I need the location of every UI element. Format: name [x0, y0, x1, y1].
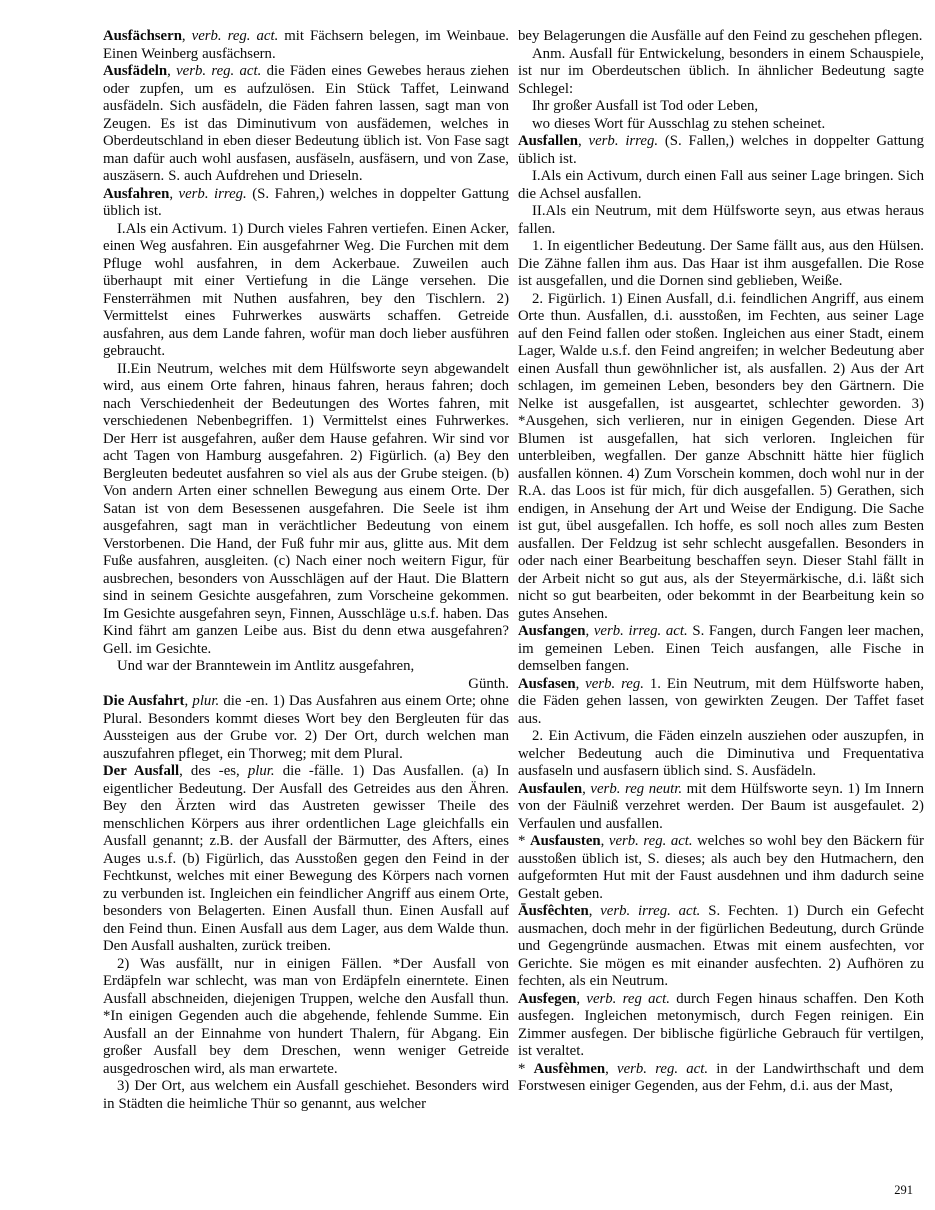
- body-text: die Fäden eines Gewebes heraus ziehen od…: [103, 63, 509, 184]
- body-text: 2. Ein Activum, die Fäden einzeln auszie…: [518, 728, 924, 779]
- body-text: ,: [167, 63, 176, 79]
- grammar-label: verb. reg.: [585, 676, 644, 692]
- entry-der-ausfall: Der Ausfall, des -es, plur. die -fälle. …: [103, 763, 509, 956]
- body-text: ,: [589, 903, 601, 919]
- entry-ausfallen: Ausfallen, verb. irreg. (S. Fallen,) wel…: [518, 133, 924, 168]
- entry-ausfahren: Ausfahren, verb. irreg. (S. Fahren,) wel…: [103, 186, 509, 221]
- entry-ausfangen: Ausfangen, verb. irreg. act. S. Fangen, …: [518, 623, 924, 676]
- body-text: ,: [585, 623, 593, 639]
- headword: Ausfädeln: [103, 63, 167, 79]
- headword: Ausfausten: [530, 833, 601, 849]
- headword: Ausfangen: [518, 623, 585, 639]
- body-text: II.Ein Neutrum, welches mit dem Hülfswor…: [103, 361, 509, 657]
- body-text: *: [518, 1061, 534, 1077]
- grammar-label: verb. reg act.: [586, 991, 670, 1007]
- paragraph-ausfallen-1: 1. In eigentlicher Bedeutung. Der Same f…: [518, 238, 924, 291]
- entry-ausfegen: Ausfegen, verb. reg act. durch Fegen hin…: [518, 991, 924, 1061]
- headword: Ausfaulen: [518, 781, 582, 797]
- body-text: 2) Was ausfällt, nur in einigen Fällen. …: [103, 956, 509, 1077]
- grammar-label: verb. irreg.: [179, 186, 247, 202]
- grammar-label: verb. irreg. act.: [600, 903, 700, 919]
- body-text: ,: [169, 186, 178, 202]
- entry-ausfasen: Ausfasen, verb. reg. 1. Ein Neutrum, mit…: [518, 676, 924, 729]
- verse-quote: Und war der Branntewein im Antlitz ausge…: [103, 658, 509, 676]
- grammar-label: plur.: [192, 693, 219, 709]
- paragraph-ausfahren-neutrum: II.Ein Neutrum, welches mit dem Hülfswor…: [103, 361, 509, 659]
- body-text: I.Als ein Activum, durch einen Fall aus …: [518, 168, 924, 202]
- body-text: *: [518, 833, 530, 849]
- entry-die-ausfahrt: Die Ausfahrt, plur. die -en. 1) Das Ausf…: [103, 693, 509, 763]
- body-text: Ihr großer Ausfall ist Tod oder Leben,: [532, 98, 758, 114]
- dictionary-page: Ausfächsern, verb. reg. act. mit Fächser…: [0, 0, 935, 1210]
- body-text: bey Belagerungen die Ausfälle auf den Fe…: [518, 28, 923, 44]
- headword: Der Ausfall: [103, 763, 179, 779]
- grammar-label: verb. reg. act.: [609, 833, 693, 849]
- headword: Āusfêchten: [518, 903, 589, 919]
- body-text: Anm. Ausfall für Entwickelung, besonders…: [518, 46, 924, 97]
- headword: Ausfächsern: [103, 28, 182, 44]
- body-text: Günth.: [468, 676, 509, 692]
- page-number: 291: [894, 1183, 913, 1197]
- paragraph-ausfahren-activum: I.Als ein Activum. 1) Durch vieles Fahre…: [103, 221, 509, 361]
- headword: Ausfallen: [518, 133, 578, 149]
- grammar-label: verb. irreg. act.: [594, 623, 688, 639]
- paragraph-quote-comment: wo dieses Wort für Ausschlag zu stehen s…: [518, 116, 924, 134]
- body-text: II.Als ein Neutrum, mit dem Hülfsworte s…: [518, 203, 924, 237]
- entry-ausfaulen: Ausfaulen, verb. reg neutr. mit dem Hülf…: [518, 781, 924, 834]
- grammar-label: plur.: [248, 763, 275, 779]
- quote-attribution: Günth.: [103, 676, 509, 694]
- verse-quote: Ihr großer Ausfall ist Tod oder Leben,: [518, 98, 924, 116]
- headword: Ausfasen: [518, 676, 576, 692]
- grammar-label: verb. reg neutr.: [590, 781, 682, 797]
- body-text: ,: [601, 833, 609, 849]
- body-text: wo dieses Wort für Ausschlag zu stehen s…: [532, 116, 825, 132]
- body-text: ,: [578, 133, 589, 149]
- column-right: bey Belagerungen die Ausfälle auf den Fe…: [518, 28, 924, 1113]
- entry-ausfechten: Āusfêchten, verb. irreg. act. S. Fechten…: [518, 903, 924, 991]
- body-text: ,: [182, 28, 192, 44]
- body-text: Und war der Branntewein im Antlitz ausge…: [117, 658, 414, 674]
- entry-ausfehmen: * Ausfèhmen, verb. reg. act. in der Land…: [518, 1061, 924, 1096]
- grammar-label: verb. reg. act.: [192, 28, 279, 44]
- body-text: ,: [576, 676, 586, 692]
- headword: Die Ausfahrt: [103, 693, 185, 709]
- grammar-label: verb. reg. act.: [176, 63, 261, 79]
- paragraph-ausfall-continuation: bey Belagerungen die Ausfälle auf den Fe…: [518, 28, 924, 46]
- body-text: 3) Der Ort, aus welchem ein Ausfall gesc…: [103, 1078, 509, 1112]
- entry-ausfaedeln: Ausfädeln, verb. reg. act. die Fäden ein…: [103, 63, 509, 186]
- grammar-label: verb. irreg.: [589, 133, 659, 149]
- body-text: I.Als ein Activum. 1) Durch vieles Fahre…: [103, 221, 509, 360]
- body-text: die -fälle. 1) Das Ausfallen. (a) In eig…: [103, 763, 509, 954]
- entry-ausfaechsern: Ausfächsern, verb. reg. act. mit Fächser…: [103, 28, 509, 63]
- headword: Ausfegen: [518, 991, 576, 1007]
- paragraph-ausfallen-neutrum: II.Als ein Neutrum, mit dem Hülfsworte s…: [518, 203, 924, 238]
- body-text: 1. In eigentlicher Bedeutung. Der Same f…: [518, 238, 924, 289]
- body-text: ,: [605, 1061, 617, 1077]
- paragraph-ausfallen-activum: I.Als ein Activum, durch einen Fall aus …: [518, 168, 924, 203]
- headword: Ausfèhmen: [534, 1061, 606, 1077]
- paragraph-ausfall-3: 3) Der Ort, aus welchem ein Ausfall gesc…: [103, 1078, 509, 1113]
- column-left: Ausfächsern, verb. reg. act. mit Fächser…: [103, 28, 509, 1113]
- entry-ausfausten: * Ausfausten, verb. reg. act. welches so…: [518, 833, 924, 903]
- text-columns: Ausfächsern, verb. reg. act. mit Fächser…: [0, 0, 935, 1113]
- headword: Ausfahren: [103, 186, 169, 202]
- grammar-label: verb. reg. act.: [617, 1061, 708, 1077]
- paragraph-ausfasen-2: 2. Ein Activum, die Fäden einzeln auszie…: [518, 728, 924, 781]
- paragraph-ausfall-2: 2) Was ausfällt, nur in einigen Fällen. …: [103, 956, 509, 1079]
- body-text: ,: [576, 991, 586, 1007]
- body-text: , des -es,: [179, 763, 248, 779]
- paragraph-ausfall-anmerkung: Anm. Ausfall für Entwickelung, besonders…: [518, 46, 924, 99]
- paragraph-ausfallen-2: 2. Figürlich. 1) Einen Ausfall, d.i. fei…: [518, 291, 924, 624]
- body-text: 2. Figürlich. 1) Einen Ausfall, d.i. fei…: [518, 291, 924, 622]
